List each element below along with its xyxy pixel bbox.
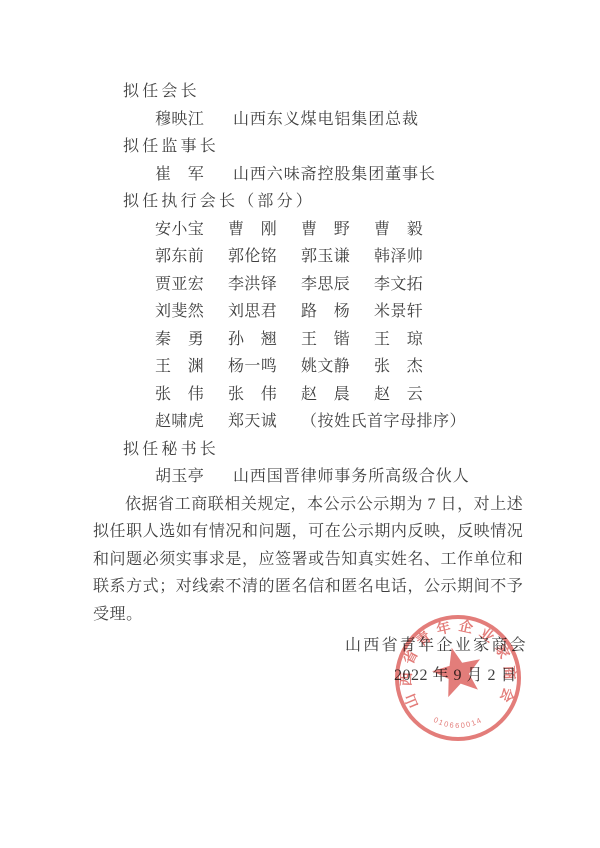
person-name: 郭玉谦 [301,243,374,271]
section-heading-president: 拟任会长 [0,78,600,106]
person-name: 安小宝 [155,216,228,244]
entry-secretary: 胡玉亭山西国晋律师事务所高级合伙人 [0,463,600,491]
person-org: 山西东义煤电铝集团总裁 [233,111,419,128]
sorting-note: （按姓氏首字母排序） [301,413,466,430]
person-name: 秦 勇 [155,326,228,354]
entry-supervisor: 崔 军山西六味斋控股集团董事长 [0,161,600,189]
person-name: 曹 毅 [374,216,447,244]
person-name: 李洪铎 [228,271,301,299]
person-name: 曹 野 [301,216,374,244]
person-name: 李文拓 [374,271,447,299]
exec-name-row: 张 伟张 伟赵 晨赵 云 [0,381,600,409]
exec-name-row: 郭东前郭伦铭郭玉谦韩泽帅 [0,243,600,271]
person-name: 米景轩 [374,298,447,326]
section-heading-secretary: 拟任秘书长 [0,436,600,464]
notice-line: 受理。 [0,601,600,629]
person-name: 赵 晨 [301,381,374,409]
entry-president: 穆映江山西东义煤电铝集团总裁 [0,106,600,134]
exec-name-row: 赵啸虎郑天诚（按姓氏首字母排序） [0,408,600,436]
person-name: 贾亚宏 [155,271,228,299]
section-heading-supervisor: 拟任监事长 [0,133,600,161]
notice-line: 依据省工商联相关规定，本公示公示期为 7 日，对上述 [0,491,600,519]
person-org: 山西六味斋控股集团董事长 [233,166,436,183]
exec-name-row: 安小宝曹 刚曹 野曹 毅 [0,216,600,244]
signature-date: 2022 年 9 月 2 日 [0,662,600,690]
notice-paragraph: 依据省工商联相关规定，本公示公示期为 7 日，对上述 拟任职人选如有情况和问题，… [0,491,600,629]
person-name: 胡玉亭 [155,463,233,491]
person-name: 李思辰 [301,271,374,299]
person-name: 张 杰 [374,353,447,381]
person-name: 郭东前 [155,243,228,271]
person-name: 路 杨 [301,298,374,326]
person-name: 赵啸虎 [155,408,228,436]
person-name: 王 琼 [374,326,447,354]
person-name: 王 渊 [155,353,228,381]
person-name: 孙 翘 [228,326,301,354]
person-name: 郭伦铭 [228,243,301,271]
person-name: 崔 军 [155,161,233,189]
person-name: 张 伟 [228,381,301,409]
notice-line: 联系方式；对线索不清的匿名信和匿名电话，公示期间不予 [0,573,600,601]
person-name: 赵 云 [374,381,447,409]
public-notice-document: 拟任会长 穆映江山西东义煤电铝集团总裁 拟任监事长 崔 军山西六味斋控股集团董事… [0,0,600,848]
exec-name-row: 秦 勇孙 翘王 锴王 琼 [0,326,600,354]
person-name: 王 锴 [301,326,374,354]
exec-name-row: 贾亚宏李洪铎李思辰李文拓 [0,271,600,299]
person-name: 郑天诚 [228,408,301,436]
section-heading-exec: 拟任执行会长（部分） [0,188,600,216]
person-name: 穆映江 [155,106,233,134]
person-name: 曹 刚 [228,216,301,244]
signature-org: 山西省青年企业家商会 [0,632,600,660]
exec-name-row: 王 渊杨一鸣姚文静张 杰 [0,353,600,381]
notice-line: 和问题必须实事求是，应签署或告知真实姓名、工作单位和 [0,546,600,574]
notice-line: 拟任职人选如有情况和问题，可在公示期内反映，反映情况 [0,518,600,546]
person-name: 刘思君 [228,298,301,326]
person-name: 刘斐然 [155,298,228,326]
person-name: 韩泽帅 [374,243,447,271]
person-name: 杨一鸣 [228,353,301,381]
exec-name-row: 刘斐然刘思君路 杨米景轩 [0,298,600,326]
person-name: 张 伟 [155,381,228,409]
person-org: 山西国晋律师事务所高级合伙人 [233,468,470,485]
person-name: 姚文静 [301,353,374,381]
